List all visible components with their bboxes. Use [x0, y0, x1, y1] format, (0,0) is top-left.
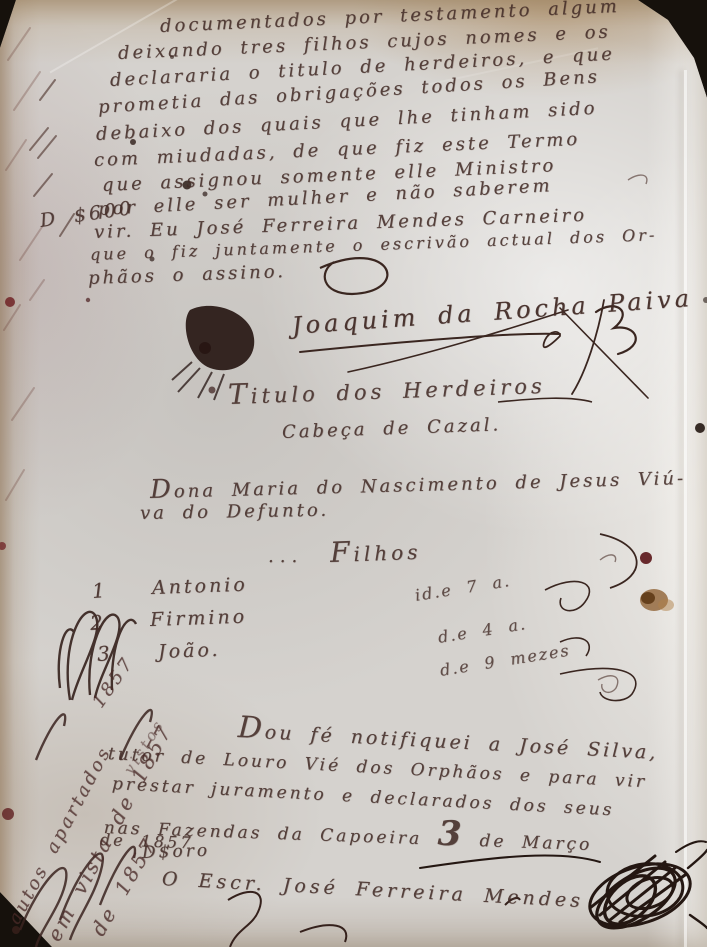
date-post: de Março: [479, 831, 592, 855]
child-name: João.: [158, 639, 221, 663]
child-name: Firmino: [150, 606, 248, 631]
photo-background: documentados por testamento algum deixan…: [0, 0, 707, 947]
child-number: 2: [89, 610, 106, 635]
child-number: 1: [91, 578, 108, 603]
children-label-dots: ...: [268, 546, 303, 567]
child-name: Antonio: [152, 574, 249, 599]
widow-line: va do Defunto.: [140, 500, 329, 524]
children-label: Filhos: [329, 533, 422, 569]
child-number: 3: [96, 641, 113, 666]
page-fold-line: [684, 70, 687, 947]
date-day: 3: [437, 814, 465, 855]
